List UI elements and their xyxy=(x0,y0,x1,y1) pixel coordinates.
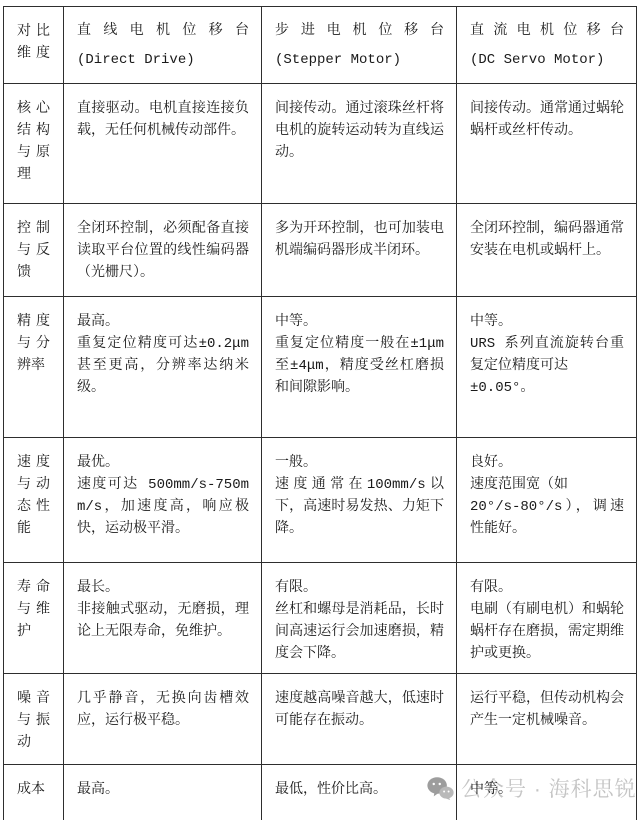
cell-text: 中等。 xyxy=(470,779,624,801)
cell: 最高。 xyxy=(64,765,262,820)
row-label: 精度与分辨率 xyxy=(17,311,50,377)
column-title-en: (Direct Drive) xyxy=(77,46,249,75)
cell: 中等。 重复定位精度一般在±1μm至±4μm，精度受丝杠磨损和间隙影响。 xyxy=(262,297,457,438)
row-label-cell: 控制与反馈 xyxy=(4,204,64,297)
dimension-header-cell: 对比维度 xyxy=(4,7,64,84)
cell: 有限。 电刷（有刷电机）和蜗轮蜗杆存在磨损，需定期维护或更换。 xyxy=(457,563,637,674)
cell-text: 最长。 非接触式驱动，无磨损，理论上无限寿命，免维护。 xyxy=(77,577,249,643)
table-header-row: 对比维度 直线电机位移台 (Direct Drive) 步进电机位移台 (Ste… xyxy=(4,7,637,84)
cell: 最优。 速度可达 500mm/s-750mm/s，加速度高，响应极快，运动极平滑… xyxy=(64,438,262,563)
column-header-dc-servo-motor: 直流电机位移台 (DC Servo Motor) xyxy=(457,7,637,84)
cell: 多为开环控制，也可加装电机端编码器形成半闭环。 xyxy=(262,204,457,297)
cell: 最低，性价比高。 xyxy=(262,765,457,820)
cell-text: 多为开环控制，也可加装电机端编码器形成半闭环。 xyxy=(275,218,444,262)
cell-text: 一般。 速度通常在100mm/s以下，高速时易发热、力矩下降。 xyxy=(275,452,444,540)
row-label: 噪音与振动 xyxy=(17,688,50,754)
row-label-cell: 成本 xyxy=(4,765,64,820)
cell: 速度越高噪音越大，低速时可能存在振动。 xyxy=(262,674,457,765)
row-label: 成本 xyxy=(17,779,50,801)
cell-text: 有限。 电刷（有刷电机）和蜗轮蜗杆存在磨损，需定期维护或更换。 xyxy=(470,577,624,665)
table-row: 速度与动态性能 最优。 速度可达 500mm/s-750mm/s，加速度高，响应… xyxy=(4,438,637,563)
cell: 最长。 非接触式驱动，无磨损，理论上无限寿命，免维护。 xyxy=(64,563,262,674)
row-label: 速度与动态性能 xyxy=(17,452,50,540)
table-row: 噪音与振动 几乎静音，无换向齿槽效应，运行极平稳。 速度越高噪音越大，低速时可能… xyxy=(4,674,637,765)
row-label-cell: 精度与分辨率 xyxy=(4,297,64,438)
column-header-direct-drive: 直线电机位移台 (Direct Drive) xyxy=(64,7,262,84)
cell-text: 速度越高噪音越大，低速时可能存在振动。 xyxy=(275,688,444,732)
cell: 最高。 重复定位精度可达±0.2μm甚至更高，分辨率达纳米级。 xyxy=(64,297,262,438)
row-label-cell: 速度与动态性能 xyxy=(4,438,64,563)
cell: 全闭环控制，编码器通常安装在电机或蜗杆上。 xyxy=(457,204,637,297)
column-title-cn: 直线电机位移台 xyxy=(77,17,249,46)
cell: 良好。 速度范围宽（如 20°/s-80°/s），调速性能好。 xyxy=(457,438,637,563)
column-header-stepper-motor: 步进电机位移台 (Stepper Motor) xyxy=(262,7,457,84)
column-title-cn: 直流电机位移台 xyxy=(470,17,624,46)
cell: 间接传动。通常通过蜗轮蜗杆或丝杆传动。 xyxy=(457,84,637,204)
cell-text: 运行平稳，但传动机构会产生一定机械噪音。 xyxy=(470,688,624,732)
cell-text: 中等。 URS 系列直流旋转台重复定位精度可达 ±0.05°。 xyxy=(470,311,624,399)
cell: 中等。 xyxy=(457,765,637,820)
cell-text: 最高。 重复定位精度可达±0.2μm甚至更高，分辨率达纳米级。 xyxy=(77,311,249,399)
cell: 运行平稳，但传动机构会产生一定机械噪音。 xyxy=(457,674,637,765)
column-title-cn: 步进电机位移台 xyxy=(275,17,444,46)
row-label: 核心结构与原理 xyxy=(17,98,50,186)
table-row: 成本 最高。 最低，性价比高。 中等。 xyxy=(4,765,637,820)
cell-text: 最高。 xyxy=(77,779,249,801)
column-title-en: (DC Servo Motor) xyxy=(470,46,624,75)
row-label: 控制与反馈 xyxy=(17,218,50,284)
cell-text: 最优。 速度可达 500mm/s-750mm/s，加速度高，响应极快，运动极平滑… xyxy=(77,452,249,540)
row-label-cell: 寿命与维护 xyxy=(4,563,64,674)
table-row: 精度与分辨率 最高。 重复定位精度可达±0.2μm甚至更高，分辨率达纳米级。 中… xyxy=(4,297,637,438)
cell-text: 全闭环控制，必须配备直接读取平台位置的线性编码器（光栅尺）。 xyxy=(77,218,249,284)
cell-text: 有限。 丝杠和螺母是消耗品，长时间高速运行会加速磨损，精度会下降。 xyxy=(275,577,444,665)
cell: 有限。 丝杠和螺母是消耗品，长时间高速运行会加速磨损，精度会下降。 xyxy=(262,563,457,674)
table-row: 核心结构与原理 直接驱动。电机直接连接负载，无任何机械传动部件。 间接传动。通过… xyxy=(4,84,637,204)
cell-text: 良好。 速度范围宽（如 20°/s-80°/s），调速性能好。 xyxy=(470,452,624,540)
cell: 几乎静音，无换向齿槽效应，运行极平稳。 xyxy=(64,674,262,765)
cell-text: 间接传动。通过滚珠丝杆将电机的旋转运动转为直线运动。 xyxy=(275,98,444,164)
cell: 一般。 速度通常在100mm/s以下，高速时易发热、力矩下降。 xyxy=(262,438,457,563)
row-label: 寿命与维护 xyxy=(17,577,50,643)
cell: 中等。 URS 系列直流旋转台重复定位精度可达 ±0.05°。 xyxy=(457,297,637,438)
comparison-table: 对比维度 直线电机位移台 (Direct Drive) 步进电机位移台 (Ste… xyxy=(3,6,637,820)
row-label-cell: 噪音与振动 xyxy=(4,674,64,765)
cell: 直接驱动。电机直接连接负载，无任何机械传动部件。 xyxy=(64,84,262,204)
cell: 间接传动。通过滚珠丝杆将电机的旋转运动转为直线运动。 xyxy=(262,84,457,204)
cell-text: 间接传动。通常通过蜗轮蜗杆或丝杆传动。 xyxy=(470,98,624,142)
cell-text: 直接驱动。电机直接连接负载，无任何机械传动部件。 xyxy=(77,98,249,142)
column-title-en: (Stepper Motor) xyxy=(275,46,444,75)
dimension-header-label: 对比维度 xyxy=(17,21,50,65)
cell-text: 中等。 重复定位精度一般在±1μm至±4μm，精度受丝杠磨损和间隙影响。 xyxy=(275,311,444,399)
row-label-cell: 核心结构与原理 xyxy=(4,84,64,204)
table-row: 控制与反馈 全闭环控制，必须配备直接读取平台位置的线性编码器（光栅尺）。 多为开… xyxy=(4,204,637,297)
cell-text: 最低，性价比高。 xyxy=(275,779,444,801)
table-row: 寿命与维护 最长。 非接触式驱动，无磨损，理论上无限寿命，免维护。 有限。 丝杠… xyxy=(4,563,637,674)
cell-text: 全闭环控制，编码器通常安装在电机或蜗杆上。 xyxy=(470,218,624,262)
cell-text: 几乎静音，无换向齿槽效应，运行极平稳。 xyxy=(77,688,249,732)
cell: 全闭环控制，必须配备直接读取平台位置的线性编码器（光栅尺）。 xyxy=(64,204,262,297)
